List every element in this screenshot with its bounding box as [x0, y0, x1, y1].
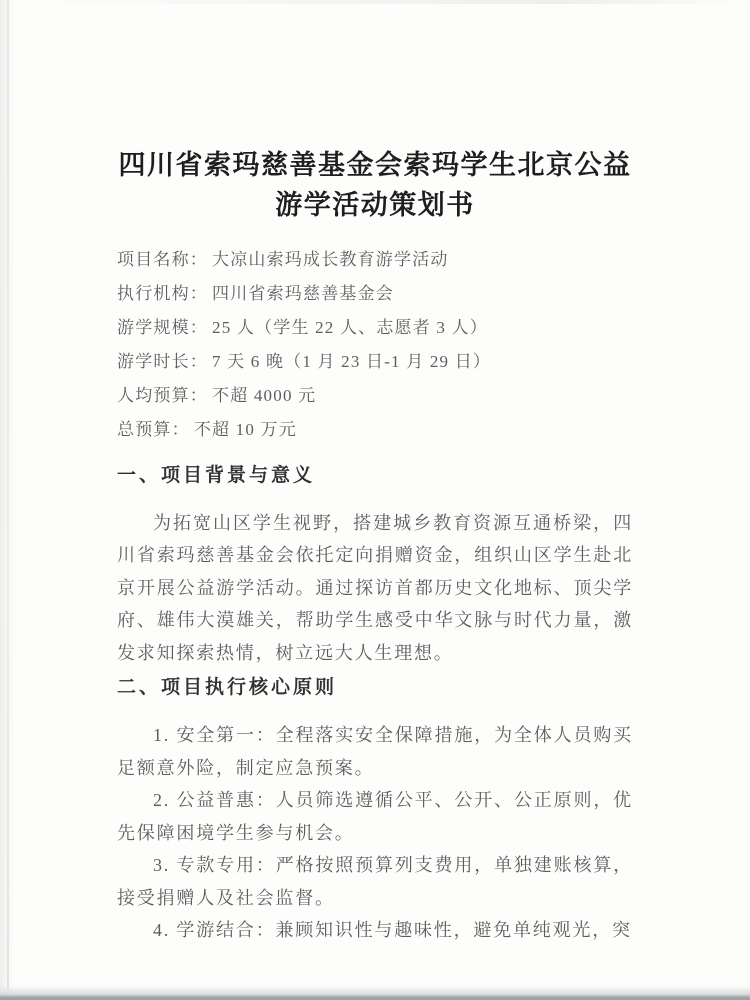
scan-left-edge-line [7, 0, 9, 990]
title-line-2: 游学活动策划书 [117, 185, 633, 225]
meta-list: 项目名称：大凉山索玛成长教育游学活动 执行机构：四川省索玛慈善基金会 游学规模：… [117, 243, 633, 447]
meta-label: 游学规模： [117, 318, 208, 337]
principle-public-welfare: 2. 公益普惠：人员筛选遵循公平、公开、公正原则，优先保障困境学生参与机会。 [117, 784, 633, 849]
title-line-1: 四川省索玛慈善基金会索玛学生北京公益 [117, 145, 633, 185]
meta-row-project-name: 项目名称：大凉山索玛成长教育游学活动 [117, 243, 633, 277]
scanned-page: 四川省索玛慈善基金会索玛学生北京公益 游学活动策划书 项目名称：大凉山索玛成长教… [0, 0, 750, 1000]
meta-value: 不超 10 万元 [194, 420, 297, 439]
section-heading-principles: 二、项目执行核心原则 [117, 673, 633, 703]
meta-row-executing-org: 执行机构：四川省索玛慈善基金会 [117, 277, 633, 311]
principle-study-travel: 4. 学游结合：兼顾知识性与趣味性，避免单纯观光，突 [117, 914, 633, 947]
meta-label: 人均预算： [117, 386, 208, 405]
section-heading-background: 一、项目背景与意义 [117, 461, 633, 491]
meta-value: 25 人（学生 22 人、志愿者 3 人） [212, 318, 488, 337]
document-content: 四川省索玛慈善基金会索玛学生北京公益 游学活动策划书 项目名称：大凉山索玛成长教… [117, 0, 633, 947]
meta-label: 执行机构： [117, 284, 208, 303]
meta-label: 项目名称： [117, 250, 208, 269]
meta-value: 大凉山索玛成长教育游学活动 [212, 250, 449, 269]
meta-value: 不超 4000 元 [212, 386, 316, 405]
meta-value: 7 天 6 晚（1 月 23 日-1 月 29 日） [212, 352, 491, 371]
section-background: 一、项目背景与意义 为拓宽山区学生视野，搭建城乡教育资源互通桥梁，四川省索玛慈善… [117, 461, 633, 669]
meta-value: 四川省索玛慈善基金会 [212, 284, 394, 303]
meta-row-tour-scale: 游学规模：25 人（学生 22 人、志愿者 3 人） [117, 311, 633, 345]
meta-row-tour-duration: 游学时长：7 天 6 晚（1 月 23 日-1 月 29 日） [117, 345, 633, 379]
section-paragraph: 为拓宽山区学生视野，搭建城乡教育资源互通桥梁，四川省索玛慈善基金会依托定向捐赠资… [117, 507, 633, 670]
principle-safety: 1. 安全第一：全程落实安全保障措施，为全体人员购买足额意外险，制定应急预案。 [117, 719, 633, 784]
meta-row-total-budget: 总预算：不超 10 万元 [117, 413, 633, 447]
meta-row-per-capita-budget: 人均预算：不超 4000 元 [117, 379, 633, 413]
principle-earmarked-funds: 3. 专款专用：严格按照预算列支费用，单独建账核算，接受捐赠人及社会监督。 [117, 849, 633, 914]
document-title: 四川省索玛慈善基金会索玛学生北京公益 游学活动策划书 [117, 18, 633, 225]
scan-bottom-edge [0, 986, 750, 1000]
section-core-principles: 二、项目执行核心原则 1. 安全第一：全程落实安全保障措施，为全体人员购买足额意… [117, 673, 633, 946]
meta-label: 游学时长： [117, 352, 208, 371]
meta-label: 总预算： [117, 420, 190, 439]
